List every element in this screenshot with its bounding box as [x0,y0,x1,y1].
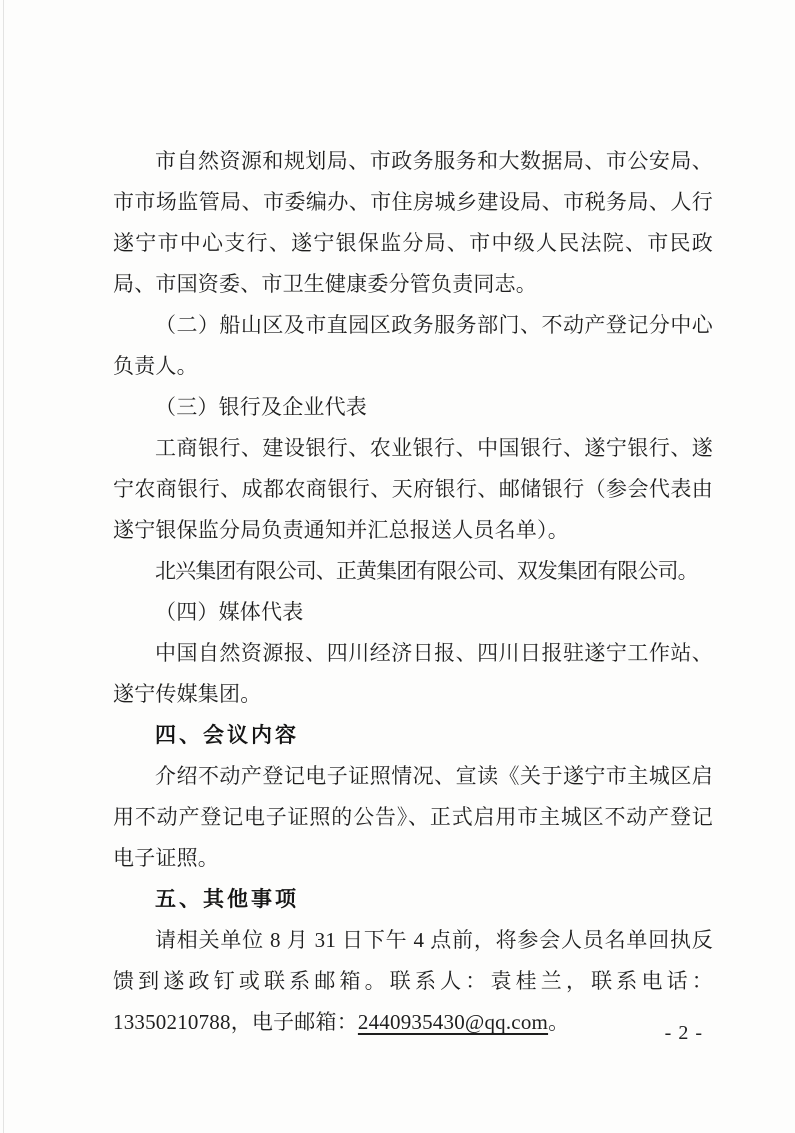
paragraph-meeting-content: 介绍不动产登记电子证照情况、宣读《关于遂宁市主城区启用不动产登记电子证照的公告》… [113,756,713,879]
document-page: 市自然资源和规划局、市政务服务和大数据局、市公安局、市市场监管局、市委编办、市住… [0,0,795,1133]
contact-email-link: 2440935430@qq.com [358,1010,548,1034]
contact-text-suffix: 。 [548,1010,569,1034]
paragraph-attendee-item-3: （三）银行及企业代表 [113,387,713,428]
section-heading-other-matters: 五、其他事项 [113,879,713,920]
paragraph-attendee-companies: 北兴集团有限公司、正黄集团有限公司、双发集团有限公司。 [113,551,713,592]
paragraph-attendee-departments: 市自然资源和规划局、市政务服务和大数据局、市公安局、市市场监管局、市委编办、市住… [113,141,713,305]
scan-edge-artifact [3,0,4,1133]
paragraph-attendee-item-4: （四）媒体代表 [113,592,713,633]
page-number: - 2 - [665,1022,703,1045]
paragraph-attendee-media: 中国自然资源报、四川经济日报、四川日报驻遂宁工作站、遂宁传媒集团。 [113,633,713,715]
paragraph-contact: 请相关单位 8 月 31 日下午 4 点前，将参会人员名单回执反馈到遂政钉或联系… [113,920,713,1043]
paragraph-attendee-item-2: （二）船山区及市直园区政务服务部门、不动产登记分中心负责人。 [113,305,713,387]
paragraph-attendee-banks: 工商银行、建设银行、农业银行、中国银行、遂宁银行、遂宁农商银行、成都农商银行、天… [113,428,713,551]
section-heading-meeting-content: 四、会议内容 [113,715,713,756]
document-body: 市自然资源和规划局、市政务服务和大数据局、市公安局、市市场监管局、市委编办、市住… [113,141,713,1043]
